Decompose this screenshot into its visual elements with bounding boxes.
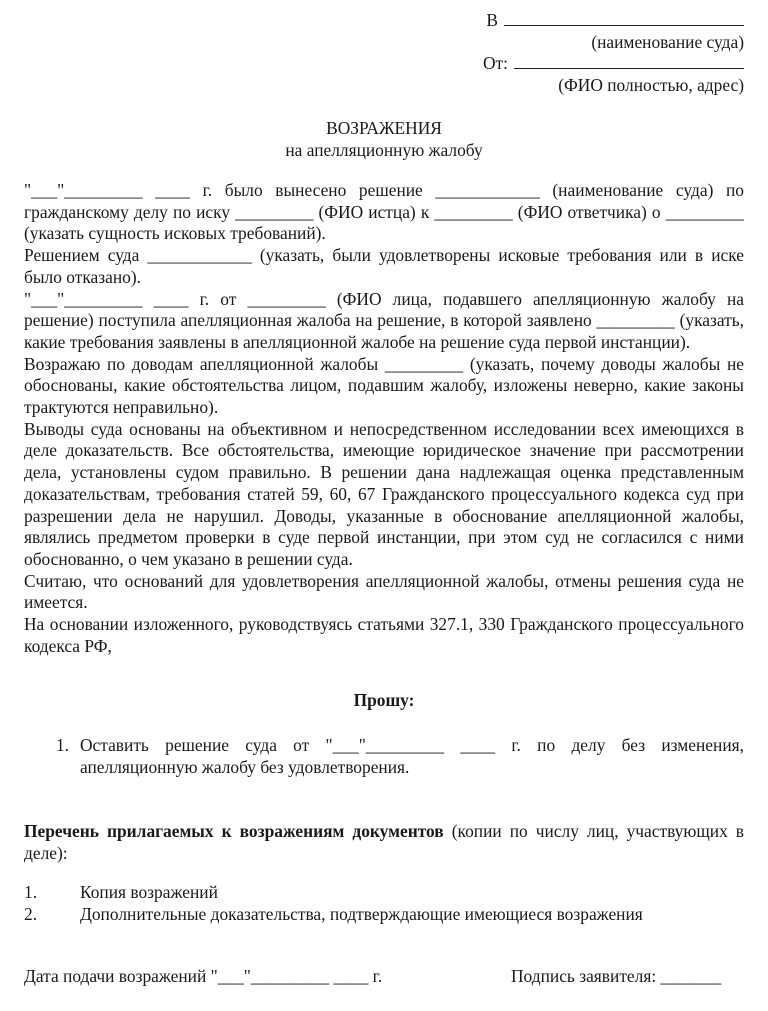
attachment-item: 1. Копия возражений bbox=[24, 882, 744, 904]
document-title: ВОЗРАЖЕНИЯ на апелляционную жалобу bbox=[0, 118, 768, 161]
court-row: В bbox=[483, 10, 744, 32]
sender-blank[interactable] bbox=[514, 53, 744, 69]
court-caption-row: (наименование суда) bbox=[483, 32, 744, 54]
attachments-heading: Перечень прилагаемых к возражениям докум… bbox=[24, 821, 744, 864]
paragraph-objection: Возражаю по доводам апелляционной жалобы… bbox=[24, 354, 744, 419]
document-page: В (наименование суда) От: (ФИО полностью… bbox=[0, 0, 768, 1011]
court-caption: (наименование суда) bbox=[591, 32, 744, 54]
applicant-signature: Подпись заявителя: _______ bbox=[511, 966, 721, 988]
sender-caption-row: (ФИО полностью, адрес) bbox=[483, 75, 744, 97]
paragraph-legal-basis: На основании изложенного, руководствуясь… bbox=[24, 614, 744, 657]
request-heading: Прошу: bbox=[0, 690, 768, 712]
sender-caption: (ФИО полностью, адрес) bbox=[558, 75, 744, 97]
title-main: ВОЗРАЖЕНИЯ bbox=[0, 118, 768, 140]
paragraph-no-grounds: Считаю, что оснований для удовлетворения… bbox=[24, 571, 744, 614]
request-list: 1. Оставить решение суда от "___"_______… bbox=[24, 735, 744, 778]
paragraph-ruling: Решением суда ____________ (указать, был… bbox=[24, 245, 744, 288]
request-item-number: 1. bbox=[24, 735, 80, 778]
attachments-list: 1. Копия возражений 2. Дополнительные до… bbox=[24, 882, 744, 925]
attachment-item: 2. Дополнительные доказательства, подтве… bbox=[24, 904, 744, 926]
to-label: В bbox=[486, 10, 498, 32]
filing-date: Дата подачи возражений "___"_________ __… bbox=[24, 966, 511, 988]
request-item: 1. Оставить решение суда от "___"_______… bbox=[24, 735, 744, 778]
from-row: От: bbox=[483, 53, 744, 75]
addressee-block: В (наименование суда) От: (ФИО полностью… bbox=[483, 10, 744, 97]
court-name-blank[interactable] bbox=[504, 10, 744, 26]
attachment-number: 2. bbox=[24, 904, 80, 926]
paragraph-decision: "___"_________ ____ г. было вынесено реш… bbox=[24, 180, 744, 245]
request-item-text: Оставить решение суда от "___"_________ … bbox=[80, 735, 744, 778]
attachment-number: 1. bbox=[24, 882, 80, 904]
paragraph-conclusions: Выводы суда основаны на объективном и не… bbox=[24, 419, 744, 571]
attachment-text: Копия возражений bbox=[80, 882, 218, 904]
title-sub: на апелляционную жалобу bbox=[0, 140, 768, 162]
attachment-text: Дополнительные доказательства, подтвержд… bbox=[80, 904, 643, 926]
from-label: От: bbox=[483, 53, 508, 75]
signature-footer: Дата подачи возражений "___"_________ __… bbox=[24, 966, 736, 988]
document-body: "___"_________ ____ г. было вынесено реш… bbox=[24, 180, 744, 657]
attachments-heading-bold: Перечень прилагаемых к возражениям докум… bbox=[24, 821, 444, 841]
paragraph-appeal: "___"_________ ____ г. от _________ (ФИО… bbox=[24, 289, 744, 354]
